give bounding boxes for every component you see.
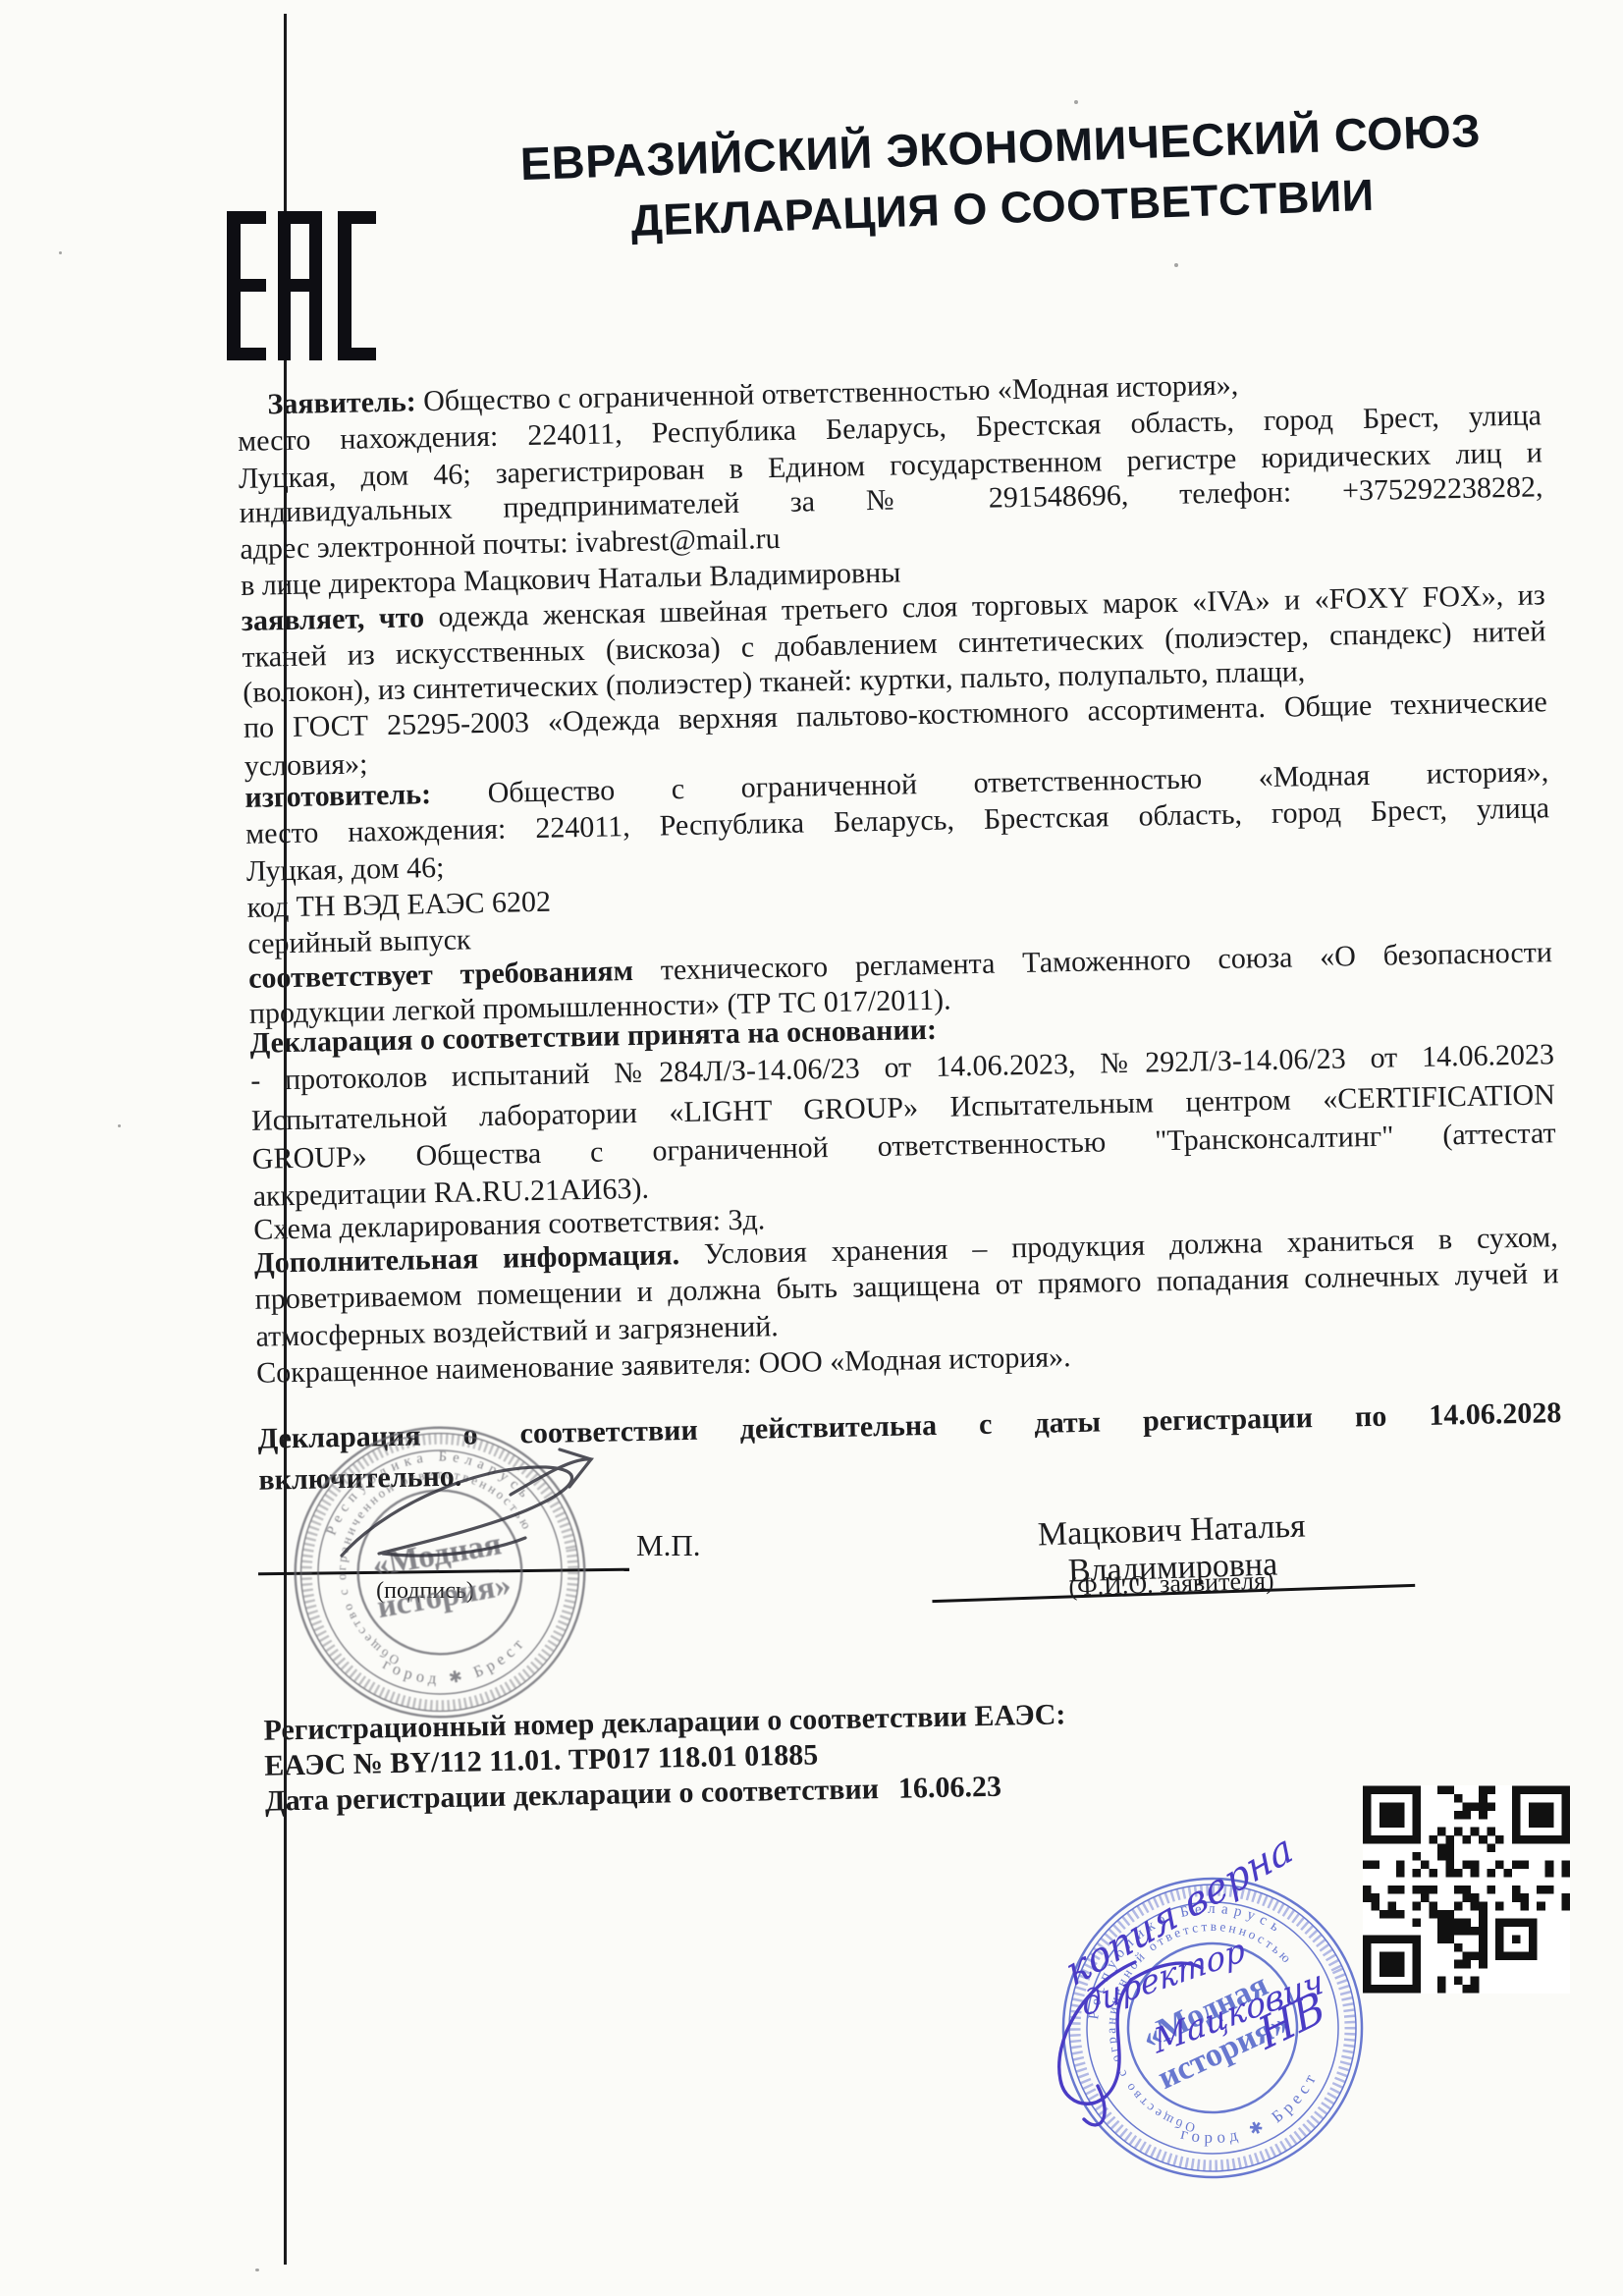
scan-speck xyxy=(118,1124,121,1127)
scan-speck xyxy=(255,2269,259,2271)
scan-speck xyxy=(1074,100,1078,104)
svg-text:город ✱ Брест: город ✱ Брест xyxy=(377,1630,535,1699)
handwritten-signature-scribble xyxy=(1037,1950,1209,2137)
qr-code-image xyxy=(1363,1785,1570,1994)
scan-speck xyxy=(59,251,62,254)
eac-mark-icon xyxy=(227,211,376,360)
document-header: ЕВРАЗИЙСКИЙ ЭКОНОМИЧЕСКИЙ СОЮЗ ДЕКЛАРАЦИ… xyxy=(504,102,1498,250)
stamp-city-ring-text: город ✱ Брест xyxy=(377,1630,535,1699)
scan-speck xyxy=(827,202,830,205)
scan-speck xyxy=(1174,263,1178,267)
stamp-place-label: М.П. xyxy=(636,1528,700,1563)
signature-flourish xyxy=(324,1436,609,1583)
declaration-document-page: ЕВРАЗИЙСКИЙ ЭКОНОМИЧЕСКИЙ СОЮЗ ДЕКЛАРАЦИ… xyxy=(0,0,1623,2296)
registration-date-value: 16.06.23 xyxy=(898,1771,1002,1805)
